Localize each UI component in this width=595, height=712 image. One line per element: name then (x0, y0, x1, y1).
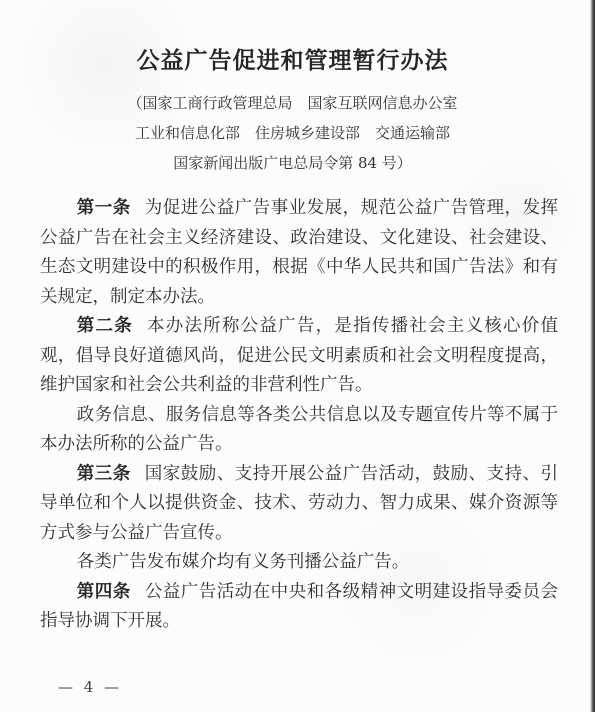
page-title: 公益广告促进和管理暂行办法 (0, 42, 585, 75)
article-3-paragraph-2-text: 各类广告发布媒介均有义务刊播公益广告。 (77, 552, 410, 572)
subtitle-line-1: （国家工商行政管理总局 国家互联网信息办公室 (0, 88, 585, 118)
article-2-paragraph-2: 政务信息、服务信息等各类公共信息以及专题宣传片等不属于本办法所称的公益广告。 (40, 401, 558, 460)
article-2-paragraph-2-text: 政务信息、服务信息等各类公共信息以及专题宣传片等不属于本办法所称的公益广告。 (40, 405, 558, 455)
article-3-paragraph-2: 各类广告发布媒介均有义务刊播公益广告。 (40, 548, 558, 578)
article-4-paragraph: 第四条公益广告活动在中央和各级精神文明建设指导委员会指导协调下开展。 (40, 578, 558, 637)
subtitle-line-2: 工业和信息化部 住房城乡建设部 交通运输部 (0, 118, 585, 148)
article-1-paragraph: 第一条为促进公益广告事业发展，规范公益广告管理，发挥公益广告在社会主义经济建设、… (40, 194, 558, 312)
article-3-label: 第三条 (77, 464, 131, 484)
article-1-label: 第一条 (77, 198, 131, 218)
article-2-paragraph: 第二条本办法所称公益广告，是指传播社会主义核心价值观，倡导良好道德风尚，促进公民… (40, 312, 558, 401)
scanned-document-page: 公益广告促进和管理暂行办法 （国家工商行政管理总局 国家互联网信息办公室 工业和… (0, 0, 595, 712)
issuing-authorities-block: （国家工商行政管理总局 国家互联网信息办公室 工业和信息化部 住房城乡建设部 交… (0, 88, 585, 178)
article-2-label: 第二条 (77, 316, 133, 336)
scan-edge-line (590, 0, 595, 712)
article-3-paragraph: 第三条国家鼓励、支持开展公益广告活动，鼓励、支持、引导单位和个人以提供资金、技术… (40, 460, 558, 549)
article-4-label: 第四条 (77, 582, 131, 602)
subtitle-line-3: 国家新闻出版广电总局令第 84 号） (0, 148, 585, 178)
page-number: — 4 — (58, 678, 122, 696)
document-body: 第一条为促进公益广告事业发展，规范公益广告管理，发挥公益广告在社会主义经济建设、… (40, 194, 558, 637)
